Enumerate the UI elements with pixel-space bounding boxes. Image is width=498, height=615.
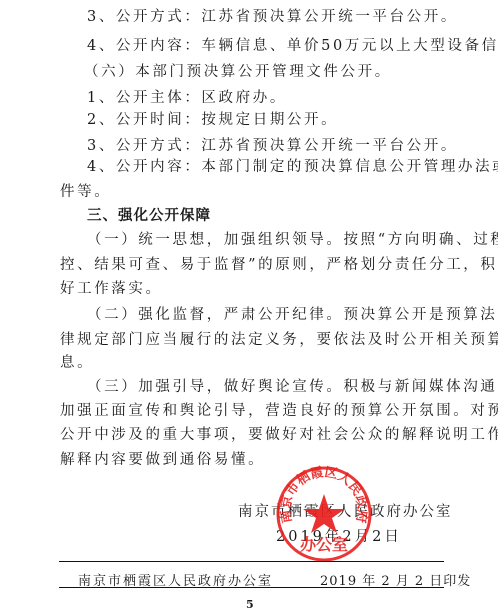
signature-org: 南京市栖霞区人民政府办公室: [238, 503, 453, 521]
paragraph-line: 4、公开内容：本部门制定的预决算信息公开管理办法或文: [87, 158, 442, 176]
paragraph-line: 控、结果可查、易于监督”的原则，严格划分责任分工，积极抓: [60, 256, 442, 274]
footer-divider-bottom: [59, 587, 444, 588]
paragraph-line: （三）加强引导，做好舆论宣传。积极与新闻媒体沟通，: [87, 378, 442, 396]
paragraph-line: （二）强化监督，严肃公开纪律。预决算公开是预算法等法: [87, 306, 442, 324]
paragraph-line: （一）统一思想，加强组织领导。按照“方向明确、过程可: [87, 231, 442, 249]
paragraph-line: 律规定部门应当履行的法定义务，要依法及时公开相关预算信: [60, 331, 442, 349]
paragraph-line: 加强正面宣传和舆论引导，营造良好的预算公开氛围。对预算: [60, 402, 442, 420]
paragraph-line: 息。: [60, 354, 442, 372]
paragraph-line: 公开中涉及的重大事项，要做好对社会公众的解释说明工作，: [60, 426, 442, 444]
signature-date: 2019年2月2日: [276, 528, 402, 546]
document-page: 3、公开方式：江苏省预决算公开统一平台公开。 4、公开内容：车辆信息、单价50万…: [0, 0, 498, 615]
section-heading-bold: 三、强化公开保障: [87, 207, 442, 225]
paragraph-line: 4、公开内容：车辆信息、单价50万元以上大型设备信息。: [87, 37, 442, 55]
paragraph-line: 3、公开方式：江苏省预决算公开统一平台公开。: [87, 137, 442, 155]
paragraph-line: 1、公开主体：区政府办。: [87, 89, 442, 107]
section-heading: （六）本部门预决算公开管理文件公开。: [84, 63, 439, 81]
footer-divider-top: [59, 561, 444, 562]
paragraph-line: 好工作落实。: [60, 280, 442, 298]
paragraph-line: 件等。: [60, 183, 442, 201]
paragraph-line: 解释内容要做到通俗易懂。: [60, 451, 442, 469]
paragraph-line: 2、公开时间：按规定日期公开。: [87, 111, 442, 129]
page-number: 5: [246, 598, 254, 611]
paragraph-line: 3、公开方式：江苏省预决算公开统一平台公开。: [87, 8, 442, 26]
